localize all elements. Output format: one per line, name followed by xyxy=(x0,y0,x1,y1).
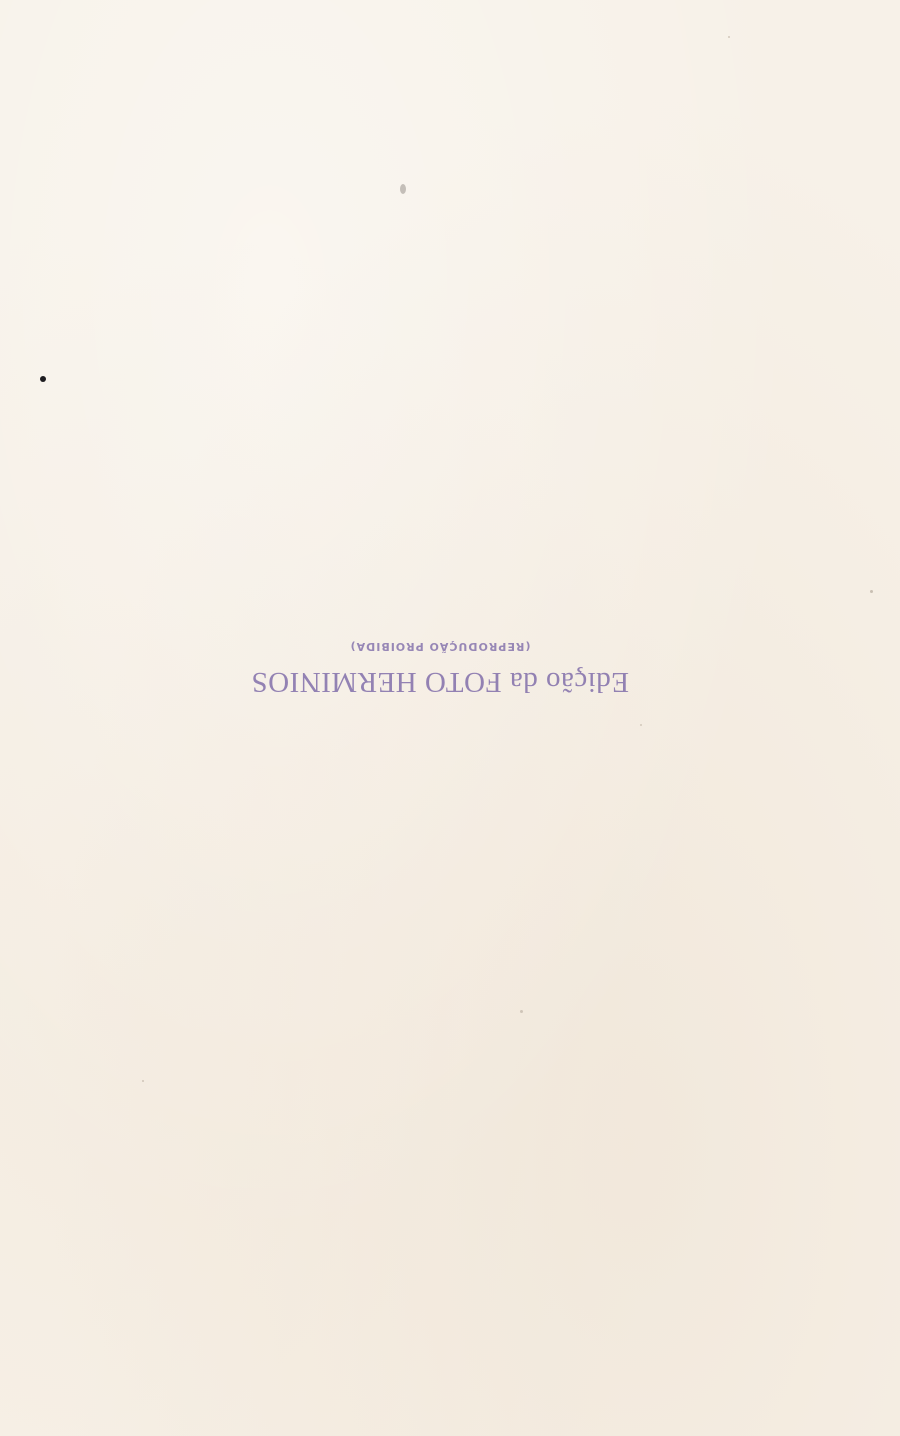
stamp-publisher-text: Edição da FOTO HERMINIOS xyxy=(190,664,690,700)
paper-speck xyxy=(520,1010,523,1013)
paper-speck xyxy=(640,724,642,726)
paper-speck xyxy=(728,36,730,38)
paper-speck xyxy=(400,184,406,194)
paper-speck xyxy=(870,590,873,593)
ink-dot xyxy=(40,376,46,382)
publisher-stamp: Edição da FOTO HERMINIOS (REPRODUÇÃO PRO… xyxy=(190,610,690,700)
paper-speck xyxy=(142,1080,144,1082)
stamp-notice-text: (REPRODUÇÃO PROIBIDA) xyxy=(190,636,690,656)
photo-card-back: Edição da FOTO HERMINIOS (REPRODUÇÃO PRO… xyxy=(0,0,900,1436)
